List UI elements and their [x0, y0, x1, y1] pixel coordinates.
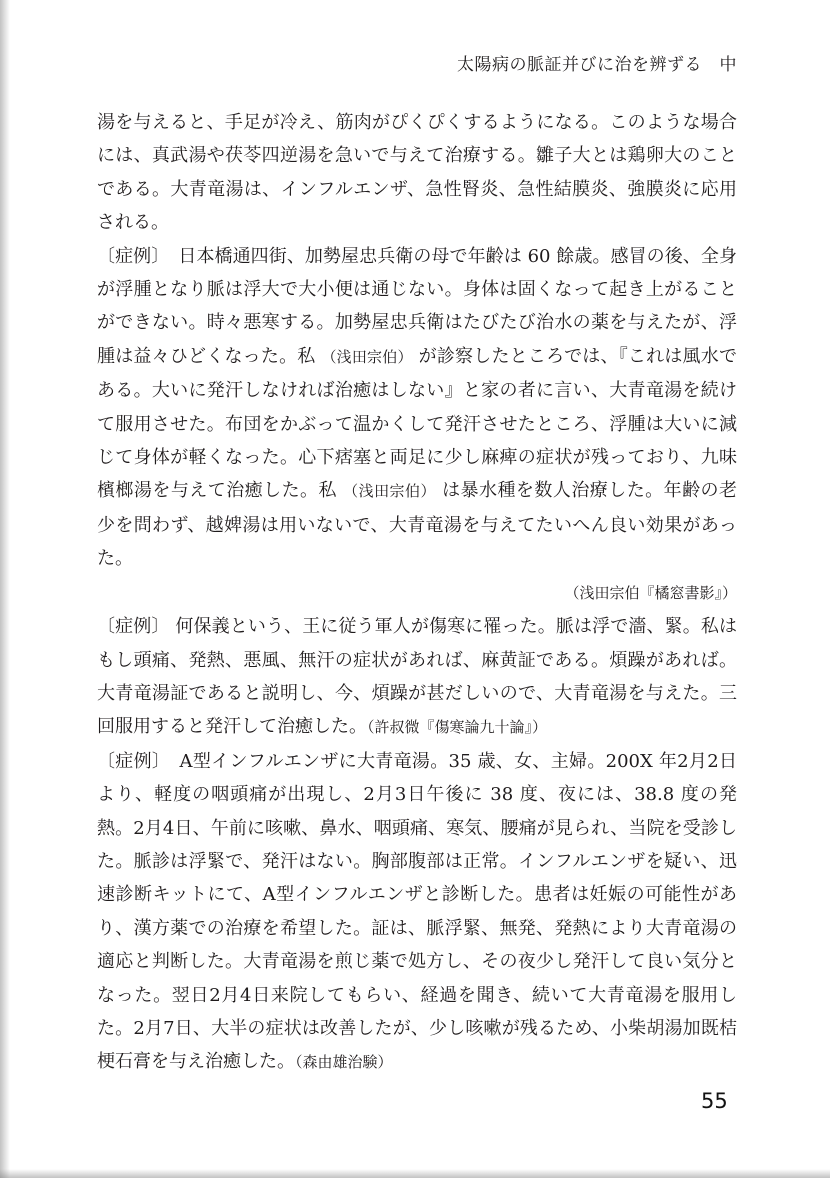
- book-page: 太陽病の脈証并びに治を辨ずる 中 湯を与えると、手足が冷え、筋肉がぴくぴくするよ…: [0, 0, 830, 1178]
- citation-text: （浅田宗伯）: [321, 348, 412, 366]
- running-head: 太陽病の脈証并びに治を辨ずる 中: [457, 50, 737, 75]
- citation-line: （浅田宗伯『橘窓書影』）: [97, 576, 737, 610]
- paragraph-text: 〔症例〕 A型インフルエンザに大青竜湯。35 歳、女、主婦。200X 年2月2日…: [97, 751, 737, 1073]
- body-text: 湯を与えると、手足が冷え、筋肉がぴくぴくするようになる。このような場合には、真武…: [97, 106, 737, 1080]
- citation-text: （森由雄治験）: [295, 1053, 393, 1071]
- paragraph-intro: 湯を与えると、手足が冷え、筋肉がぴくぴくするようになる。このような場合には、真武…: [97, 106, 737, 240]
- page-number: 55: [701, 1089, 728, 1113]
- citation-text: （浅田宗伯『橘窓書影』）: [564, 584, 737, 602]
- page-edge-shadow-bottom: [0, 1169, 830, 1178]
- paragraph-case-2: 〔症例〕 何保義という、王に従う軍人が傷寒に罹った。脈は浮で濇、緊。私はもし頭痛…: [97, 610, 737, 745]
- page-edge-shadow-left: [0, 0, 10, 1178]
- citation-text: （許叔微『傷寒論九十論』）: [367, 718, 547, 736]
- paragraph-text: 湯を与えると、手足が冷え、筋肉がぴくぴくするようになる。このような場合には、真武…: [97, 112, 737, 233]
- paragraph-case-3: 〔症例〕 A型インフルエンザに大青竜湯。35 歳、女、主婦。200X 年2月2日…: [97, 745, 737, 1080]
- citation-text: （浅田宗伯）: [343, 482, 436, 500]
- paragraph-text: が診察したところでは、『これは風水である。大いに発汗しなければ治癒はしない』と家…: [97, 346, 737, 502]
- paragraph-case-1: 〔症例〕 日本橋通四街、加勢屋忠兵衛の母で年齢は 60 餘歳。感冒の後、全身が浮…: [97, 240, 737, 576]
